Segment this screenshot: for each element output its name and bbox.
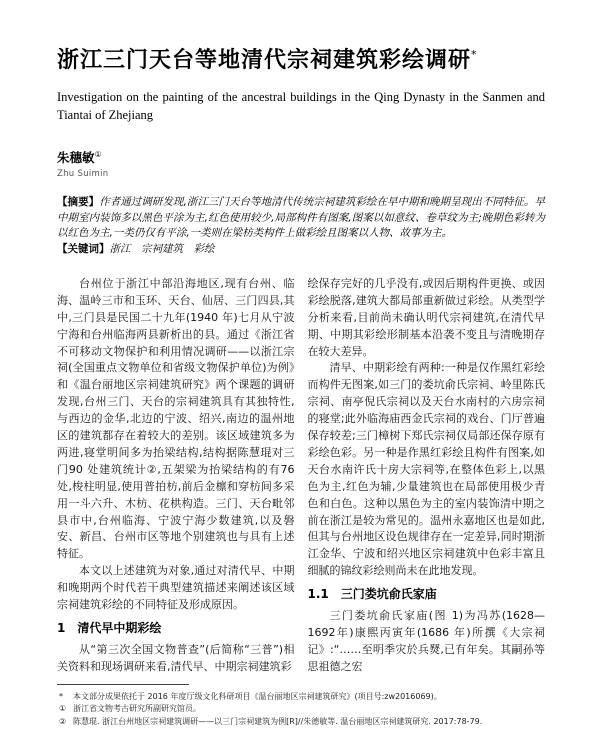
footnote-divider [57, 684, 189, 685]
column-left: 台州位于浙江中部沿海地区,现有台州、临海、温岭三市和玉环、天台、仙居、三门四县,… [57, 276, 295, 676]
section-1-heading: 1 清代早中期彩绘 [57, 620, 295, 637]
footnote-star-text: 本文部分成果依托于 2016 年度厅级文化科研项目《温台丽地区宗祠建筑研究》(项… [73, 691, 560, 704]
title-footnote-mark: * [471, 48, 478, 61]
body-columns: 台州位于浙江中部沿海地区,现有台州、临海、温岭三市和玉环、天台、仙居、三门四县,… [57, 276, 545, 676]
author-name-pinyin: Zhu Suimin [57, 169, 545, 179]
author-name: 朱穗敏① [57, 148, 545, 166]
footnotes: * 本文部分成果依托于 2016 年度厅级文化科研项目《温台丽地区宗祠建筑研究》… [57, 684, 560, 729]
abstract-text: 作者通过调研发现,浙江三门天台等地清代传统宗祠建筑彩绘在早中期和晚期呈现出不同特… [57, 196, 545, 240]
keywords-label: 【关键词】 [57, 243, 110, 255]
page-title-english: Investigation on the painting of the anc… [57, 89, 545, 124]
author-name-zh: 朱穗敏 [57, 150, 95, 165]
abstract-label: 【摘要】 [57, 196, 99, 208]
footnote-2-text: 陈慧琨. 浙江台州地区宗祠建筑调研——以三门宗祠建筑为例[R]//朱德敏等. 温… [73, 716, 560, 729]
column-right: 绘保存完好的几乎没有,或因后期构件更换、或因彩绘脱落,建筑大都局部重新做过彩绘。… [308, 276, 546, 676]
author-footnote-mark: ① [95, 150, 102, 159]
paragraph-region-overview: 台州位于浙江中部沿海地区,现有台州、临海、温岭三市和玉环、天台、仙居、三门四县,… [57, 276, 295, 563]
paragraph-section1-continued: 绘保存完好的几乎没有,或因后期构件更换、或因彩绘脱落,建筑大都局部重新做过彩绘。… [308, 276, 546, 361]
paragraph-study-scope: 本文以上述建筑为对象,通过对清代早、中期和晚期两个时代若干典型建筑描述来阐述该区… [57, 563, 295, 614]
paragraph-yushi-temple: 三门娄坑俞氏家庙(图 1)为冯苏(1628—1692年)康熙丙寅年(1686 年… [308, 608, 546, 676]
page-title-text: 浙江三门天台等地清代宗祠建筑彩绘调研 [57, 48, 471, 73]
footnote-2-marker: ② [57, 716, 73, 729]
keywords-text: 浙江 宗祠建筑 彩绘 [110, 243, 215, 255]
section-1-1-heading: 1.1 三门娄坑俞氏家庙 [308, 586, 546, 603]
page-title: 浙江三门天台等地清代宗祠建筑彩绘调研* [57, 48, 545, 74]
paragraph-two-types: 清早、中期彩绘有两种:一种是仅作黑红彩绘而构件无图案,如三门的娄坑俞氏宗祠、岭里… [308, 360, 546, 580]
keywords-line: 【关键词】浙江 宗祠建筑 彩绘 [57, 242, 545, 258]
footnote-star-marker: * [57, 691, 73, 704]
footnote-1-marker: ① [57, 703, 73, 716]
paragraph-section1-start: 从“第三次全国文物普查”(后简称“三普”)相关资料和现场调研来看,清代早、中期宗… [57, 642, 295, 676]
abstract-paragraph: 【摘要】作者通过调研发现,浙江三门天台等地清代传统宗祠建筑彩绘在早中期和晚期呈现… [57, 195, 545, 242]
footnote-1: ① 浙江省文物考古研究所副研究馆员。 [57, 703, 560, 716]
footnote-1-text: 浙江省文物考古研究所副研究馆员。 [73, 703, 560, 716]
paper-page: 浙江三门天台等地清代宗祠建筑彩绘调研* Investigation on the… [0, 0, 600, 735]
footnote-star: * 本文部分成果依托于 2016 年度厅级文化科研项目《温台丽地区宗祠建筑研究》… [57, 691, 560, 704]
footnote-2: ② 陈慧琨. 浙江台州地区宗祠建筑调研——以三门宗祠建筑为例[R]//朱德敏等.… [57, 716, 560, 729]
